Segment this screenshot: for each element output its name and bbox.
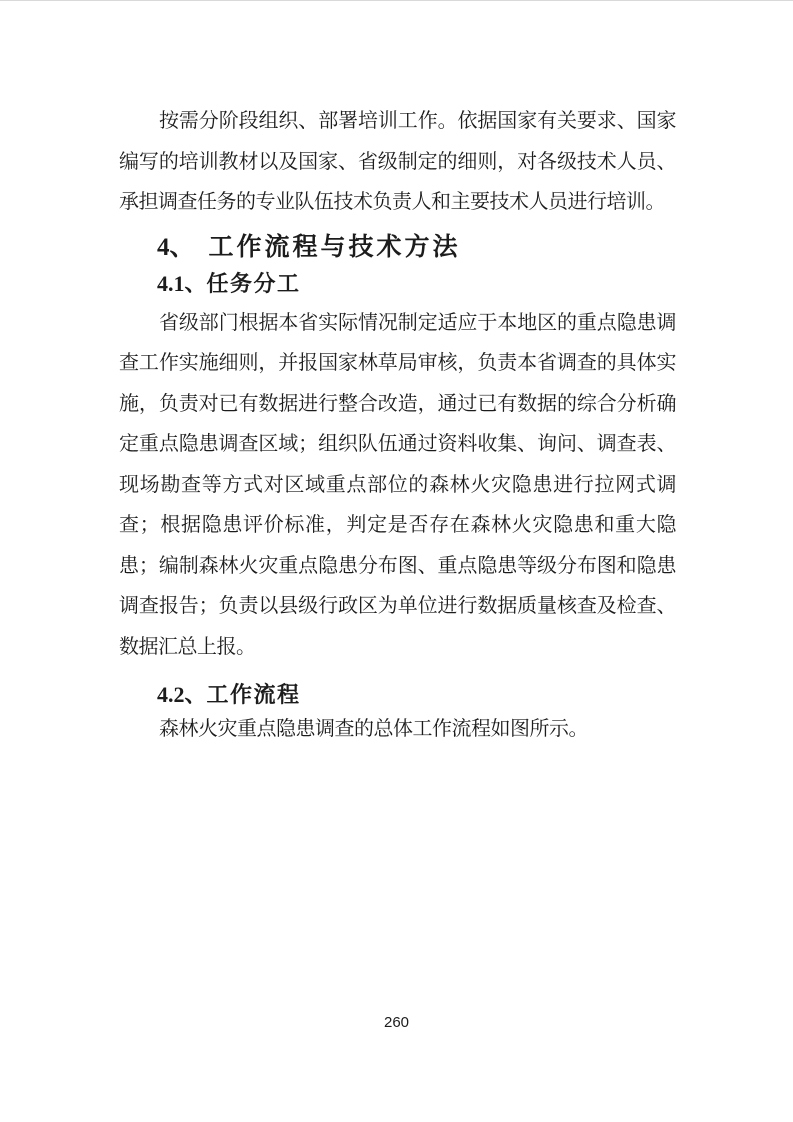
page-content: 按需分阶段组织、部署培训工作。依据国家有关要求、国家编写的培训教材以及国家、省级… [119,101,676,750]
heading-section-4-2-number: 4.2、 [157,682,207,707]
heading-section-4-number: 4、 [157,234,195,261]
heading-section-4-1-number: 4.1、 [157,271,207,296]
heading-section-4-2: 4.2、工作流程 [119,681,676,709]
paragraph-workflow-intro: 森林火灾重点隐患调查的总体工作流程如图所示。 [119,709,676,750]
heading-section-4-1: 4.1、任务分工 [119,270,676,298]
document-page: 按需分阶段组织、部署培训工作。依据国家有关要求、国家编写的培训教材以及国家、省级… [0,0,793,1122]
page-footer: 260 [0,1014,793,1031]
paragraph-training: 按需分阶段组织、部署培训工作。依据国家有关要求、国家编写的培训教材以及国家、省级… [119,101,676,223]
heading-section-4-2-title: 工作流程 [207,682,301,707]
page-number: 260 [384,1014,409,1031]
heading-section-4-1-title: 任务分工 [207,271,301,296]
heading-section-4-title: 工作流程与技术方法 [209,234,461,261]
heading-section-4: 4、工作流程与技术方法 [119,233,676,263]
paragraph-task-division: 省级部门根据本省实际情况制定适应于本地区的重点隐患调查工作实施细则，并报国家林草… [119,303,676,668]
